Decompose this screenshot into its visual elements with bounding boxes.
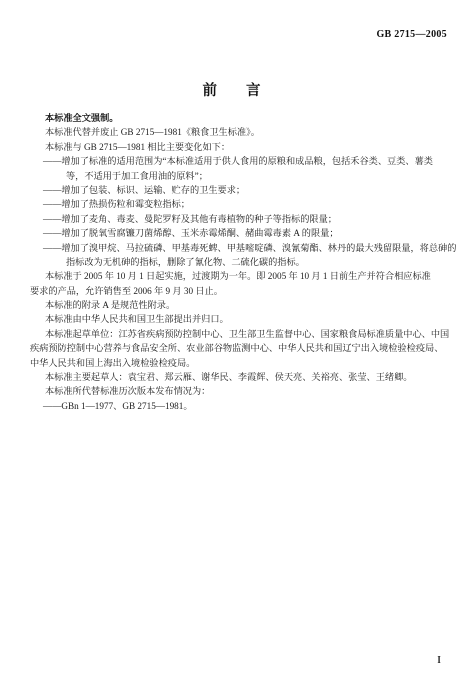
- foreword-line: 要求的产品，允许销售至 2006 年 9 月 30 日止。: [30, 284, 437, 298]
- foreword-line: 本标准由中华人民共和国卫生部提出并归口。: [30, 312, 437, 326]
- foreword-body: 本标准全文强制。本标准代替并废止 GB 2715—1981《粮食卫生标准》。本标…: [30, 111, 437, 413]
- foreword-line: 本标准全文强制。: [30, 111, 437, 125]
- foreword-line: 本标准主要起草人：袁宝君、郑云雁、谢华民、李霞辉、侯天亮、关裕亮、张莹、王绪卿。: [30, 370, 437, 384]
- foreword-line: ——增加了脱氧雪腐镰刀菌烯醇、玉米赤霉烯酮、赭曲霉毒素 A 的限量；: [30, 226, 437, 240]
- standard-doc-number: GB 2715—2005: [376, 29, 447, 40]
- foreword-line: ——增加了包装、标识、运输、贮存的卫生要求；: [30, 183, 437, 197]
- foreword-line: ——GBn 1—1977、GB 2715—1981。: [30, 399, 437, 413]
- foreword-line: 本标准与 GB 2715—1981 相比主要变化如下：: [30, 140, 437, 154]
- foreword-line: 等，不适用于加工食用油的原料”；: [30, 169, 437, 183]
- foreword-line: 中华人民共和国上海出入境检验检疫局。: [30, 356, 437, 370]
- page-number: I: [437, 654, 440, 666]
- foreword-line: 本标准代替并废止 GB 2715—1981《粮食卫生标准》。: [30, 125, 437, 139]
- foreword-title: 前 言: [0, 79, 463, 100]
- foreword-line: 本标准于 2005 年 10 月 1 日起实施，过渡期为一年。即 2005 年 …: [30, 269, 437, 283]
- foreword-line: ——增加了热损伤粒和霉变粒指标；: [30, 197, 437, 211]
- foreword-line: 疾病预防控制中心营养与食品安全所、农业部谷物监测中心、中华人民共和国辽宁出入境检…: [30, 341, 437, 355]
- foreword-line: 指标改为无机砷的指标，删除了氰化物、二硫化碳的指标。: [30, 255, 437, 269]
- foreword-line: 本标准所代替标准历次版本发布情况为：: [30, 384, 437, 398]
- foreword-line: ——增加了标准的适用范围为“本标准适用于供人食用的原粮和成品粮，包括禾谷类、豆类…: [30, 154, 437, 168]
- foreword-line: 本标准的附录 A 是规范性附录。: [30, 298, 437, 312]
- foreword-line: 本标准起草单位：江苏省疾病预防控制中心、卫生部卫生监督中心、国家粮食局标准质量中…: [30, 327, 437, 341]
- document-page: GB 2715—2005 前 言 本标准全文强制。本标准代替并废止 GB 271…: [0, 0, 463, 693]
- foreword-line: ——增加了溴甲烷、马拉硫磷、甲基毒死蜱、甲基嘧啶磷、溴氰菊酯、林丹的最大残留限量…: [30, 241, 437, 255]
- foreword-line: ——增加了麦角、毒麦、曼陀罗籽及其他有毒植物的种子等指标的限量；: [30, 212, 437, 226]
